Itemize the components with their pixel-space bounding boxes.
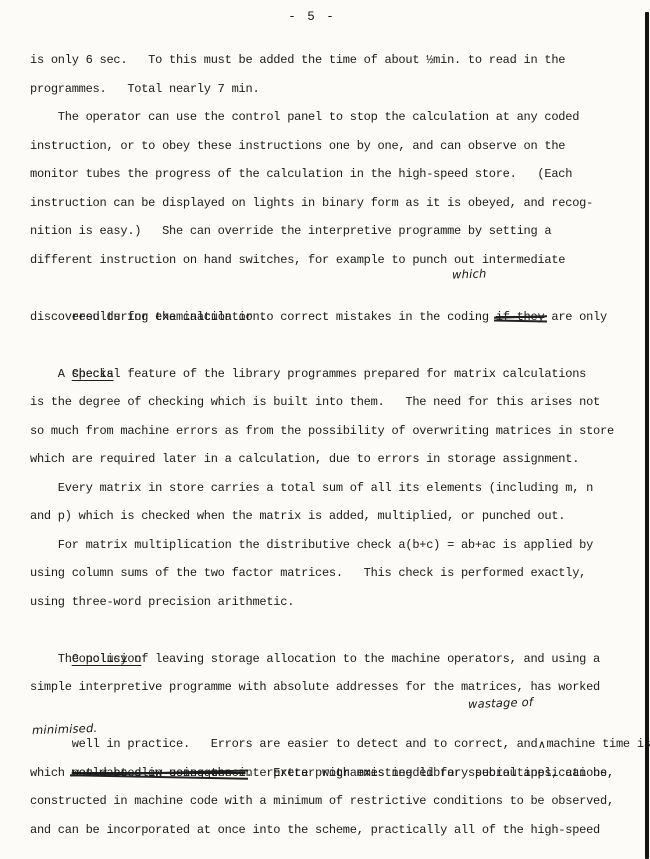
text-line: monitor tubes the progress of the calcul… (30, 160, 644, 189)
text-line: and p) which is checked when the matrix … (30, 502, 644, 531)
text-line: instruction can be displayed on lights i… (30, 189, 644, 218)
text-line: Every matrix in store carries a total su… (30, 474, 644, 503)
page-number: - 5 - (0, 10, 624, 24)
text-line: programmes. Total nearly 7 min. (30, 75, 644, 104)
text-line: which would be slow using the interprete… (30, 759, 644, 788)
text-line: nition is easy.) She can override the in… (30, 217, 644, 246)
text-line: using three-word precision arithmetic. (30, 588, 644, 617)
text-line: is the degree of checking which is built… (30, 388, 644, 417)
text-line: The policy of leaving storage allocation… (30, 645, 644, 674)
handwritten-annotation-wastage: wastage of (468, 695, 534, 709)
text-line: simple interpretive programme with absol… (30, 673, 644, 702)
text-line: is only 6 sec. To this must be added the… (30, 46, 644, 75)
text-line: A special feature of the library program… (30, 360, 644, 389)
section-heading-checks: Checks (30, 331, 644, 360)
document-body: is only 6 sec. To this must be added the… (30, 46, 644, 844)
text-line: different instruction on hand switches, … (30, 246, 644, 275)
handwritten-annotation-which: which (452, 267, 487, 280)
text-line: For matrix multiplication the distributi… (30, 531, 644, 560)
document-page: - 5 - is only 6 sec. To this must be add… (0, 0, 650, 859)
text-line: The operator can use the control panel t… (30, 103, 644, 132)
text-line-with-correction: results for examination or to correct mi… (30, 274, 644, 303)
text-line: using column sums of the two factor matr… (30, 559, 644, 588)
text-line: constructed in machine code with a minim… (30, 787, 644, 816)
text-line: so much from machine errors as from the … (30, 417, 644, 446)
text-line: discovered during the calculation. (30, 303, 644, 332)
text-line: instruction, or to obey these instructio… (30, 132, 644, 161)
text-line: and can be incorporated at once into the… (30, 816, 644, 845)
text-line: which are required later in a calculatio… (30, 445, 644, 474)
section-heading-conclusion: Conclusion (30, 616, 644, 645)
handwritten-annotation-minimised: minimised. (32, 722, 98, 736)
text-line-with-correction: not wasted in consequence. Extra program… (30, 730, 644, 759)
text-line-with-insertion: well in practice. Errors are easier to d… (30, 702, 644, 731)
scan-edge-artifact (645, 12, 649, 859)
